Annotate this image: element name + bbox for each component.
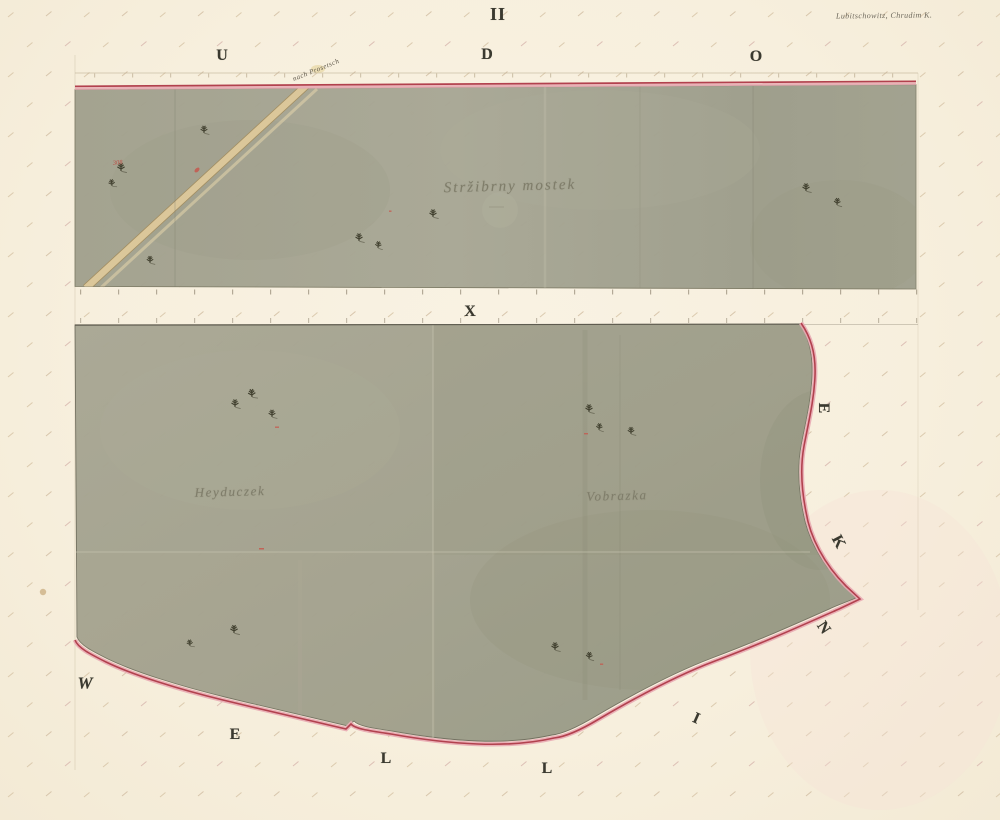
cadastral-map-sheet: 308 [0, 0, 1000, 820]
field-label-vobrazka: Vobrazka [586, 487, 648, 505]
grid-letter-l1: L [381, 751, 392, 767]
grid-letter-u: U [216, 48, 228, 64]
map-artwork: 308 [0, 0, 1000, 820]
field-label-strzibrny-mostek: Stržibrny mostek [444, 177, 577, 197]
grid-letter-w: W [77, 675, 92, 692]
grid-letter-e-right: E [815, 403, 831, 414]
sheet-number: II [490, 5, 506, 23]
grid-letter-d: D [481, 47, 493, 63]
grid-letter-x: X [464, 304, 476, 320]
paper-stain [40, 589, 46, 595]
field-label-heyduczek: Heyduczek [194, 483, 265, 501]
grid-letter-e-bottom: E [230, 727, 241, 743]
grid-letter-l2: L [542, 761, 553, 777]
attribution-note: Lubitschowitz, Chrudim K. [836, 10, 932, 20]
grid-letter-o: O [750, 49, 762, 65]
parcel-number-label: 308 [111, 159, 123, 167]
